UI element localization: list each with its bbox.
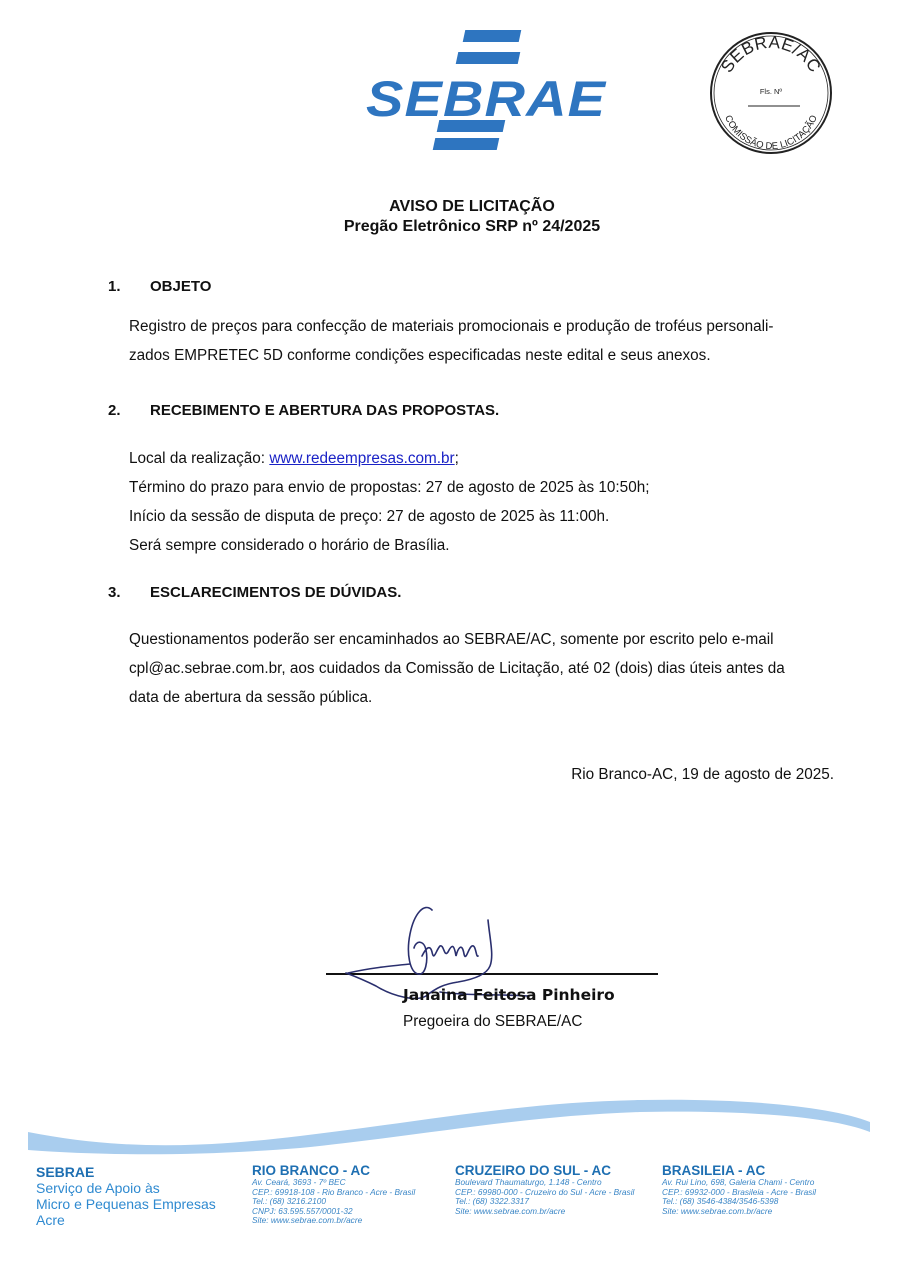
footer-office-rio-branco: RIO BRANCO - AC Av. Ceará, 3693 - 7º BEC… [252, 1164, 415, 1226]
footer-org-line: Micro e Pequenas Empresas [36, 1196, 216, 1212]
stamp-top-text: SEBRAE/AC [717, 33, 824, 76]
office-heading: BRASILEIA - AC [662, 1164, 816, 1178]
logo-bar [437, 120, 506, 132]
deadline-line: Término do prazo para envio de propostas… [129, 473, 839, 502]
section-1-line: Registro de preços para confecção de mat… [129, 312, 839, 341]
footer-wave-decoration [0, 1092, 900, 1158]
section-1-number: 1. [108, 278, 121, 295]
svg-text:COMISSÃO DE LICITAÇÃO: COMISSÃO DE LICITAÇÃO [722, 114, 820, 153]
svg-text:SEBRAE/AC: SEBRAE/AC [717, 33, 824, 76]
section-1-line: zados EMPRETEC 5D conforme condições esp… [129, 341, 839, 370]
office-line: Site: www.sebrae.com.br/acre [662, 1207, 816, 1217]
footer-org-name: SEBRAE [36, 1164, 216, 1180]
footer-org-line: Acre [36, 1212, 216, 1228]
stamp-bottom-text: COMISSÃO DE LICITAÇÃO [722, 114, 820, 153]
local-label: Local da realização: [129, 450, 269, 467]
local-suffix: ; [455, 450, 459, 467]
section-1-heading: OBJETO [150, 278, 211, 295]
office-heading: RIO BRANCO - AC [252, 1164, 415, 1178]
logo-bar [463, 30, 522, 42]
signer-name: Janaina Feitosa Pinheiro [403, 986, 615, 1004]
section-3-line: data de abertura da sessão pública. [129, 683, 839, 712]
section-3-number: 3. [108, 584, 121, 601]
footer-org-line: Serviço de Apoio às [36, 1180, 216, 1196]
section-3-line: cpl@ac.sebrae.com.br, aos cuidados da Co… [129, 654, 839, 683]
notice-subtitle: Pregão Eletrônico SRP nº 24/2025 [0, 218, 900, 236]
logo-text: SEBRAE [366, 74, 606, 124]
office-heading: CRUZEIRO DO SUL - AC [455, 1164, 634, 1178]
section-1-body: Registro de preços para confecção de mat… [129, 312, 839, 370]
section-2-body: Local da realização: www.redeempresas.co… [129, 444, 839, 560]
logo-bar [433, 138, 500, 150]
office-line: Site: www.sebrae.com.br/acre [252, 1216, 415, 1226]
logo-bar [456, 52, 521, 64]
footer-office-brasileia: BRASILEIA - AC Av. Rui Lino, 698, Galeri… [662, 1164, 816, 1216]
sebrae-logo: SEBRAE [366, 28, 588, 148]
local-line: Local da realização: www.redeempresas.co… [129, 444, 839, 473]
stamp-center-label: Fls. Nº [760, 87, 783, 96]
section-3-body: Questionamentos poderão ser encaminhados… [129, 625, 839, 712]
session-start-line: Início da sessão de disputa de preço: 27… [129, 502, 839, 531]
section-2-heading: RECEBIMENTO E ABERTURA DAS PROPOSTAS. [150, 402, 499, 419]
place-and-date: Rio Branco-AC, 19 de agosto de 2025. [571, 766, 834, 784]
footer-organization: SEBRAE Serviço de Apoio às Micro e Peque… [36, 1164, 216, 1228]
commission-stamp: SEBRAE/AC Fls. Nº COMISSÃO DE LICITAÇÃO [708, 30, 834, 156]
section-3-line: Questionamentos poderão ser encaminhados… [129, 625, 839, 654]
redeempresas-link[interactable]: www.redeempresas.com.br [269, 450, 454, 467]
notice-title: AVISO DE LICITAÇÃO [0, 198, 900, 216]
footer-office-cruzeiro-do-sul: CRUZEIRO DO SUL - AC Boulevard Thaumatur… [455, 1164, 634, 1216]
signer-role: Pregoeira do SEBRAE/AC [403, 1013, 582, 1031]
section-3-heading: ESCLARECIMENTOS DE DÚVIDAS. [150, 584, 401, 601]
timezone-line: Será sempre considerado o horário de Bra… [129, 531, 839, 560]
office-line: Site: www.sebrae.com.br/acre [455, 1207, 634, 1217]
section-2-number: 2. [108, 402, 121, 419]
